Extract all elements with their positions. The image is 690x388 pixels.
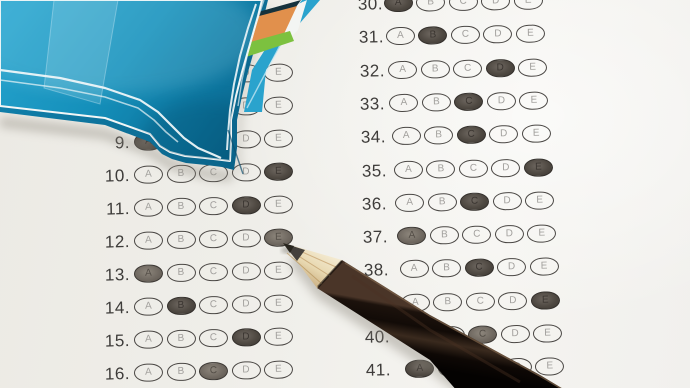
bubble-letter: C bbox=[210, 234, 217, 244]
bubble-letter: A bbox=[405, 165, 412, 175]
bubble-letter: E bbox=[275, 299, 282, 309]
bubble-D: D bbox=[500, 325, 529, 344]
bubble-letter: D bbox=[242, 266, 249, 276]
bubble-C: C bbox=[199, 65, 228, 84]
answer-row-right-4: 34.ABCDE bbox=[344, 122, 555, 148]
bubble-strip: ABCDE bbox=[394, 158, 557, 179]
bubble-letter: C bbox=[473, 230, 480, 240]
bubble-letter: E bbox=[275, 365, 282, 375]
bubble-letter: B bbox=[178, 367, 185, 377]
bubble-E: E bbox=[535, 357, 564, 376]
bubble-B: B bbox=[166, 66, 195, 85]
question-number: 9. bbox=[88, 134, 130, 152]
answer-row-left-7: 14.ABCDE bbox=[88, 292, 297, 319]
bubble-C: C bbox=[470, 358, 499, 377]
bubble-D: D bbox=[231, 295, 260, 314]
bubble-letter: C bbox=[210, 267, 217, 277]
question-number: 8. bbox=[88, 101, 130, 119]
bubble-strip: ABCDE bbox=[134, 261, 297, 283]
bubble-C: C bbox=[199, 329, 228, 348]
bubble-letter: A bbox=[395, 0, 402, 8]
bubble-A-filled: A bbox=[405, 360, 434, 379]
bubble-letter: B bbox=[178, 169, 185, 179]
bubble-D: D bbox=[489, 125, 518, 144]
bubble-C: C bbox=[449, 0, 478, 11]
answer-row-right-6: 36.ABCDE bbox=[345, 189, 558, 215]
bubble-letter: E bbox=[536, 196, 543, 206]
bubble-letter: D bbox=[502, 163, 509, 173]
question-number: 31. bbox=[342, 28, 384, 46]
bubble-letter: B bbox=[449, 363, 456, 373]
bubble-letter: A bbox=[397, 31, 404, 41]
bubble-B: B bbox=[433, 293, 462, 312]
bubble-letter: A bbox=[145, 71, 152, 81]
bubble-B: B bbox=[166, 198, 195, 217]
bubble-A: A bbox=[134, 297, 163, 316]
bubble-D: D bbox=[231, 262, 260, 281]
question-number: 36. bbox=[345, 195, 387, 213]
bubble-strip: ABCDE bbox=[134, 96, 297, 118]
pencil-paint-junction bbox=[318, 261, 342, 287]
bubble-letter: D bbox=[242, 299, 249, 309]
bubble-letter: C bbox=[460, 0, 467, 7]
answer-row-left-2: 9.ABCDE bbox=[88, 127, 297, 154]
answer-row-left-8: 15.ABCDE bbox=[88, 325, 297, 352]
bubble-letter: A bbox=[145, 203, 152, 213]
bubble-B: B bbox=[166, 231, 195, 250]
bubble-letter: D bbox=[503, 196, 510, 206]
bubble-D-filled: D bbox=[486, 59, 515, 78]
bubble-E-filled: E bbox=[524, 158, 553, 177]
bubble-A: A bbox=[399, 260, 428, 279]
bubble-strip: ABCDE bbox=[389, 91, 552, 112]
question-number: 40. bbox=[348, 328, 390, 346]
bubble-B: B bbox=[166, 330, 195, 349]
bubble-A: A bbox=[134, 330, 163, 349]
bubble-letter: E bbox=[275, 233, 282, 243]
bubble-strip: ABCDE bbox=[403, 324, 566, 345]
bubble-letter: C bbox=[210, 102, 217, 112]
bubble-letter: B bbox=[432, 64, 439, 74]
wood-streak-1 bbox=[291, 247, 336, 267]
question-number: 37. bbox=[346, 228, 388, 246]
bubble-letter: B bbox=[437, 164, 444, 174]
bubble-E: E bbox=[525, 191, 554, 210]
bubble-strip: ABCDE bbox=[384, 0, 547, 12]
bubble-letter: D bbox=[506, 229, 513, 239]
bubble-D: D bbox=[487, 92, 516, 111]
bubble-letter: B bbox=[178, 268, 185, 278]
bubble-A: A bbox=[134, 198, 163, 217]
bubble-B-filled: B bbox=[166, 297, 195, 316]
bubble-letter: E bbox=[275, 266, 282, 276]
bubble-D-filled: D bbox=[231, 196, 260, 215]
bubble-C: C bbox=[199, 296, 228, 315]
bubble-strip: ABCDE bbox=[134, 327, 297, 349]
question-number: 14. bbox=[88, 299, 130, 317]
bubble-letter: D bbox=[242, 167, 249, 177]
bubble-letter: C bbox=[210, 366, 217, 376]
bubble-letter: C bbox=[465, 97, 472, 107]
bubble-A-filled: A bbox=[384, 0, 413, 12]
bubble-C: C bbox=[466, 292, 495, 311]
question-number: 33. bbox=[343, 95, 385, 113]
bubble-letter: B bbox=[178, 334, 185, 344]
bubble-letter: D bbox=[498, 96, 505, 106]
bubble-C: C bbox=[199, 98, 228, 117]
question-number: 34. bbox=[344, 128, 386, 146]
bubble-A-filled: A bbox=[134, 264, 163, 283]
bubble-D: D bbox=[231, 163, 260, 182]
bubble-letter: B bbox=[441, 230, 448, 240]
question-number: 12. bbox=[88, 233, 130, 251]
bubble-letter: D bbox=[509, 296, 516, 306]
bubble-letter: C bbox=[470, 164, 477, 174]
bubble-letter: D bbox=[496, 63, 503, 73]
bubble-strip: ABCDE bbox=[134, 294, 297, 316]
question-number: 35. bbox=[345, 162, 387, 180]
bubble-B-filled: B bbox=[418, 26, 447, 45]
bubble-A: A bbox=[401, 294, 430, 313]
bubble-E: E bbox=[529, 257, 558, 276]
bubble-A: A bbox=[134, 66, 163, 85]
bubble-letter: D bbox=[242, 365, 249, 375]
bubble-letter: D bbox=[508, 262, 515, 272]
bubble-letter: C bbox=[210, 69, 217, 79]
bubble-B: B bbox=[438, 359, 467, 378]
bubble-B: B bbox=[166, 165, 195, 184]
bubble-letter: B bbox=[178, 235, 185, 245]
bubble-B: B bbox=[422, 93, 451, 112]
bubble-B: B bbox=[427, 193, 456, 212]
bubble-letter: E bbox=[535, 163, 542, 173]
bubble-B: B bbox=[432, 259, 461, 278]
bubble-letter: E bbox=[530, 96, 537, 106]
bubble-C-filled: C bbox=[199, 362, 228, 381]
question-number: 13. bbox=[88, 266, 130, 284]
bubble-D: D bbox=[231, 229, 260, 248]
bubble-strip: ABCDE bbox=[134, 228, 297, 250]
answer-row-left-3: 10.ABCDE bbox=[88, 160, 297, 187]
question-number: 38. bbox=[347, 261, 389, 279]
bubble-C-filled: C bbox=[464, 258, 493, 277]
answer-row-right-10: 40.ABCDE bbox=[348, 322, 566, 348]
bubble-letter: B bbox=[178, 103, 185, 113]
bubble-letter: D bbox=[242, 68, 249, 78]
bubble-D: D bbox=[492, 192, 521, 211]
bubble-letter: B bbox=[430, 30, 437, 40]
bubble-E-filled: E bbox=[264, 162, 293, 181]
bubble-B: B bbox=[416, 0, 445, 12]
bubble-B: B bbox=[424, 126, 453, 145]
bubble-strip: ABCDE bbox=[405, 357, 568, 378]
bubble-C: C bbox=[453, 60, 482, 79]
bubble-letter: E bbox=[275, 68, 282, 78]
bubble-strip: ABCDE bbox=[134, 360, 297, 382]
bubble-A: A bbox=[395, 194, 424, 213]
bubble-strip: ABCDE bbox=[399, 257, 562, 278]
bubble-letter: C bbox=[475, 263, 482, 273]
bubble-letter: A bbox=[145, 368, 152, 378]
bubble-C: C bbox=[451, 26, 480, 45]
question-number: 16. bbox=[88, 365, 130, 383]
bubble-letter: A bbox=[145, 170, 152, 180]
cover-pinstripe-right-2 bbox=[238, 0, 264, 106]
bubble-strip: ABCDE bbox=[388, 58, 551, 79]
bubble-letter: D bbox=[494, 29, 501, 39]
bubble-B: B bbox=[421, 60, 450, 79]
bubble-A: A bbox=[392, 127, 421, 146]
bubble-letter: A bbox=[414, 331, 421, 341]
bubble-C: C bbox=[199, 263, 228, 282]
bubble-E: E bbox=[264, 195, 293, 214]
bubble-D: D bbox=[483, 25, 512, 44]
answer-row-left-0: 7.ABCDE bbox=[88, 61, 297, 88]
question-number: 30. bbox=[341, 0, 383, 12]
answer-row-left-4: 11.ABCDE bbox=[88, 193, 297, 220]
bubble-C-filled: C bbox=[457, 126, 486, 145]
bubble-A-filled: A bbox=[397, 227, 426, 246]
bubble-letter: A bbox=[145, 104, 152, 114]
bubble-letter: A bbox=[408, 231, 415, 241]
bubble-B: B bbox=[166, 99, 195, 118]
stripe-dark-wedge bbox=[256, 0, 301, 18]
bubble-letter: D bbox=[242, 134, 249, 144]
bubble-strip: ABCDE bbox=[134, 129, 297, 151]
bubble-C: C bbox=[199, 230, 228, 249]
answer-row-left-5: 12.ABCDE bbox=[88, 226, 297, 253]
bubble-letter: E bbox=[544, 328, 551, 338]
bubble-E: E bbox=[518, 58, 547, 77]
bubble-letter: B bbox=[439, 197, 446, 207]
bubble-letter: D bbox=[500, 129, 507, 139]
answer-row-right-9: 39.ABCDE bbox=[347, 289, 564, 315]
bubble-letter: B bbox=[444, 297, 451, 307]
bubble-E-filled: E bbox=[531, 291, 560, 310]
answer-row-left-6: 13.ABCDE bbox=[88, 259, 297, 286]
bubble-strip: ABCDE bbox=[397, 224, 560, 245]
question-number: 41. bbox=[349, 361, 391, 379]
question-number: 11. bbox=[88, 200, 130, 218]
bubble-letter: C bbox=[210, 201, 217, 211]
bubble-letter: E bbox=[275, 101, 282, 111]
bubble-letter: E bbox=[538, 229, 545, 239]
bubble-letter: C bbox=[462, 30, 469, 40]
bubble-letter: D bbox=[242, 332, 249, 342]
bubble-strip: ABCDE bbox=[386, 24, 549, 45]
bubble-letter: E bbox=[533, 129, 540, 139]
book-page-wedge bbox=[282, 0, 307, 46]
bubble-letter: A bbox=[411, 264, 418, 274]
bubble-letter: A bbox=[399, 65, 406, 75]
bubble-C: C bbox=[462, 225, 491, 244]
bubble-strip: ABCDE bbox=[392, 124, 555, 145]
bubble-letter: D bbox=[242, 101, 249, 111]
bubble-E: E bbox=[516, 24, 545, 43]
bubble-A: A bbox=[403, 327, 432, 346]
bubble-E: E bbox=[264, 261, 293, 280]
bubble-B: B bbox=[426, 160, 455, 179]
answer-row-right-11: 41.ABCDE bbox=[349, 355, 568, 381]
bubble-A: A bbox=[386, 27, 415, 46]
bubble-letter: A bbox=[145, 236, 152, 246]
bubble-letter: B bbox=[178, 136, 185, 146]
bubble-E: E bbox=[519, 91, 548, 110]
bubble-letter: C bbox=[210, 135, 217, 145]
bubble-letter: C bbox=[467, 130, 474, 140]
bubble-letter: C bbox=[210, 168, 217, 178]
bubble-letter: C bbox=[210, 300, 217, 310]
bubble-B: B bbox=[166, 132, 195, 151]
bubble-letter: A bbox=[406, 198, 413, 208]
bubble-letter: C bbox=[481, 363, 488, 373]
bubble-letter: B bbox=[178, 301, 185, 311]
photo-answer-sheet-scene: 7.ABCDE8.ABCDE9.ABCDE10.ABCDE11.ABCDE12.… bbox=[0, 0, 690, 388]
bubble-letter: E bbox=[529, 63, 536, 73]
bubble-letter: D bbox=[492, 0, 499, 6]
bubble-letter: B bbox=[443, 263, 450, 273]
bubble-E: E bbox=[527, 224, 556, 243]
bubble-E: E bbox=[264, 360, 293, 379]
answer-row-left-1: 8.ABCDE bbox=[88, 94, 297, 121]
bubble-letter: C bbox=[479, 330, 486, 340]
bubble-A: A bbox=[134, 99, 163, 118]
bubble-strip: ABCDE bbox=[395, 191, 558, 212]
bubble-B: B bbox=[166, 264, 195, 283]
bubble-letter: A bbox=[412, 298, 419, 308]
bubble-letter: C bbox=[210, 333, 217, 343]
bubble-letter: C bbox=[471, 197, 478, 207]
bubble-letter: A bbox=[145, 335, 152, 345]
question-number: 32. bbox=[343, 62, 385, 80]
bubble-letter: A bbox=[401, 98, 408, 108]
bubble-letter: C bbox=[464, 64, 471, 74]
bubble-C-filled: C bbox=[468, 325, 497, 344]
bubble-letter: E bbox=[541, 262, 548, 272]
bubble-letter: B bbox=[447, 330, 454, 340]
bubble-A: A bbox=[389, 94, 418, 113]
cover-tape-strip bbox=[44, 0, 118, 104]
bubble-E: E bbox=[264, 294, 293, 313]
bubble-B: B bbox=[166, 363, 195, 382]
bubble-strip: ABCDE bbox=[134, 195, 297, 217]
bubble-strip: ABCDE bbox=[401, 291, 564, 312]
bubble-letter: B bbox=[178, 202, 185, 212]
bubble-letter: E bbox=[542, 295, 549, 305]
bubble-D: D bbox=[491, 159, 520, 178]
bubble-letter: D bbox=[242, 200, 249, 210]
bubble-D: D bbox=[231, 130, 260, 149]
bubble-A: A bbox=[134, 165, 163, 184]
bubble-C: C bbox=[199, 197, 228, 216]
question-number: 15. bbox=[88, 332, 130, 350]
bubble-D: D bbox=[503, 358, 532, 377]
bubble-letter: E bbox=[525, 0, 532, 6]
bubble-letter: E bbox=[275, 167, 282, 177]
bubble-A: A bbox=[394, 161, 423, 180]
bubble-D: D bbox=[231, 361, 260, 380]
bubble-C: C bbox=[199, 164, 228, 183]
bubble-letter: E bbox=[546, 361, 553, 371]
bubble-letter: A bbox=[145, 302, 152, 312]
band-highlight-line bbox=[247, 2, 303, 108]
bubble-D: D bbox=[231, 64, 260, 83]
bubble-letter: A bbox=[145, 137, 152, 147]
bubble-letter: B bbox=[427, 0, 434, 7]
bubble-letter: A bbox=[145, 269, 152, 279]
bubble-C-filled: C bbox=[460, 192, 489, 211]
bubble-B: B bbox=[430, 226, 459, 245]
answer-row-right-2: 32.ABCDE bbox=[343, 56, 551, 82]
answer-row-right-8: 38.ABCDE bbox=[347, 255, 562, 281]
bubble-letter: A bbox=[416, 364, 423, 374]
bubble-C: C bbox=[459, 160, 488, 179]
bubble-strip: ABCDE bbox=[134, 63, 297, 85]
bubble-A-filled: A bbox=[134, 132, 163, 151]
bubble-E: E bbox=[533, 324, 562, 343]
bubble-E: E bbox=[514, 0, 543, 10]
bubble-letter: B bbox=[433, 97, 440, 107]
answer-row-left-9: 16.ABCDE bbox=[88, 358, 297, 385]
bubble-D: D bbox=[481, 0, 510, 11]
bubble-letter: B bbox=[435, 130, 442, 140]
bubble-A: A bbox=[134, 363, 163, 382]
answer-row-right-5: 35.ABCDE bbox=[345, 156, 557, 182]
bubble-letter: C bbox=[477, 297, 484, 307]
bubble-letter: D bbox=[242, 233, 249, 243]
bubble-A: A bbox=[388, 61, 417, 80]
bubble-strip: ABCDE bbox=[134, 162, 297, 184]
bubble-D: D bbox=[495, 225, 524, 244]
answer-row-right-7: 37.ABCDE bbox=[346, 222, 560, 248]
bubble-D: D bbox=[497, 258, 526, 277]
bubble-C: C bbox=[199, 131, 228, 150]
bubble-E: E bbox=[264, 327, 293, 346]
bubble-C-filled: C bbox=[454, 93, 483, 112]
bubble-letter: B bbox=[178, 70, 185, 80]
bubble-letter: E bbox=[527, 29, 534, 39]
bubble-letter: D bbox=[514, 362, 521, 372]
stripe-orange bbox=[240, 6, 297, 44]
answer-row-right-1: 31.ABCDE bbox=[342, 22, 549, 48]
answer-row-right-3: 33.ABCDE bbox=[343, 89, 552, 115]
bubble-D: D bbox=[498, 292, 527, 311]
bubble-E: E bbox=[264, 129, 293, 148]
bubble-E: E bbox=[522, 124, 551, 143]
bubble-A: A bbox=[134, 231, 163, 250]
stripe-green bbox=[236, 31, 294, 59]
bubble-letter: E bbox=[275, 200, 282, 210]
bubble-letter: A bbox=[403, 131, 410, 141]
question-number: 7. bbox=[88, 68, 130, 86]
bubble-E-filled: E bbox=[264, 228, 293, 247]
bubble-D-filled: D bbox=[231, 328, 260, 347]
answer-row-right-0: 30.ABCDE bbox=[341, 0, 547, 15]
bubble-B: B bbox=[435, 326, 464, 345]
bubble-E: E bbox=[264, 96, 293, 115]
bubble-letter: D bbox=[511, 329, 518, 339]
bubble-letter: E bbox=[275, 134, 282, 144]
bubble-E: E bbox=[264, 63, 293, 82]
question-number: 10. bbox=[88, 167, 130, 185]
bubble-D: D bbox=[231, 97, 260, 116]
question-number: 39. bbox=[347, 295, 389, 313]
bubble-letter: E bbox=[275, 332, 282, 342]
